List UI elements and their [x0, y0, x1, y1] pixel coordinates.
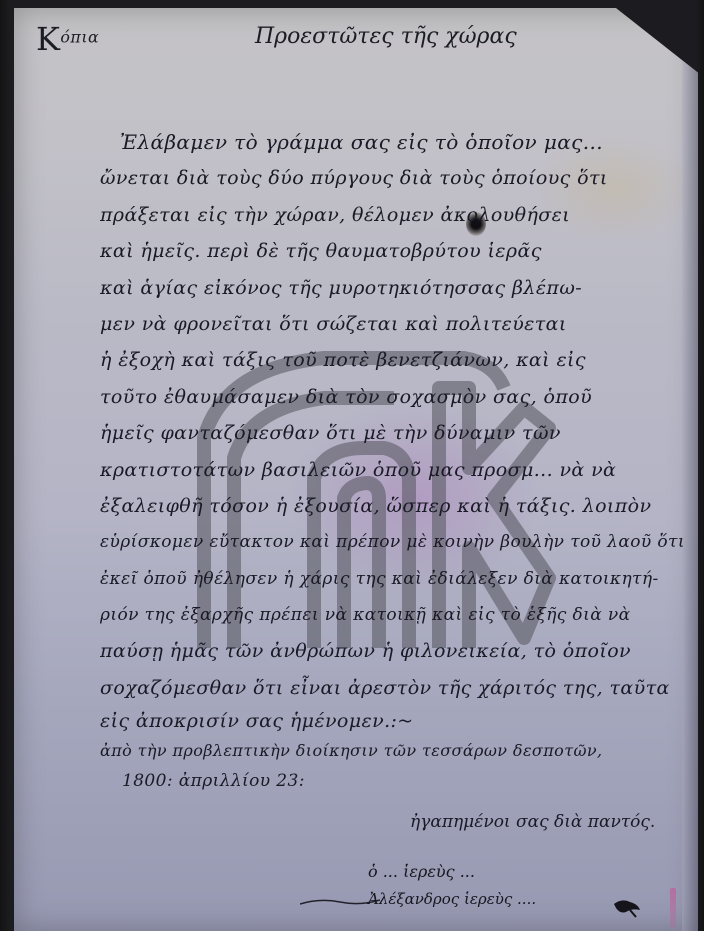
body-line: κρατιστοτάτων βασιλειῶν ὁποῦ μας προσμ..… [100, 452, 690, 488]
copy-label: Κόπια [36, 20, 99, 58]
letter-body: Ἐλάβαμεν τὸ γράμμα σας εἰς τὸ ὁποῖον μας… [100, 124, 690, 796]
copy-label-rest: όπια [60, 28, 99, 47]
body-line: ἡμεῖς φανταζόμεσθαν ὅτι μὲ τὴν δύναμιν τ… [100, 415, 690, 451]
body-line: καὶ ἁγίας εἰκόνος τῆς μυροτηκιότησσας βλ… [100, 270, 690, 306]
body-line: εὑρίσκομεν εὔτακτον καὶ πρέπον μὲ κοινὴν… [100, 524, 690, 560]
body-line: μεν νὰ φρονεῖται ὅτι σώζεται καὶ πολιτεύ… [100, 306, 690, 342]
closing-salutation: ἠγαπημένοι σας διὰ παντός. [410, 812, 655, 832]
signature-1: ὁ ... ἱερεὺς ... [368, 862, 475, 881]
body-line: πράξεται εἰς τὴν χώραν, θέλομεν ἀκολουθή… [100, 197, 690, 233]
body-line: ὤνεται διὰ τοὺς δύο πύργους διὰ τοὺς ὁπο… [100, 160, 690, 196]
body-line: παύσῃ ἡμᾶς τῶν ἀνθρώπων ἡ φιλονεικεία, τ… [100, 633, 690, 669]
body-line: ἡ ἐξοχὴ καὶ τάξις τοῦ ποτὲ βενετζιάνων, … [100, 342, 690, 378]
letter-title: Προεστῶτες τῆς χώρας [255, 24, 517, 49]
body-line: ἐκεῖ ὁποῦ ἠθέλησεν ἡ χάρις της καὶ ἐδιάλ… [100, 561, 690, 597]
body-line: ριόν της ἐξαρχῆς πρέπει νὰ κατοικῇ καὶ ε… [100, 597, 690, 633]
date-line: 1800: ἀπριλλίου 23: [100, 766, 690, 796]
photo-frame: Κόπια Προεστῶτες τῆς χώρας Ἐλάβαμεν τὸ γ… [0, 0, 704, 931]
copy-label-initial: Κ [36, 20, 60, 58]
body-line: εἰς ἀποκρισίν σας ἡμένομεν.:~ [100, 706, 690, 736]
body-line: καὶ ἡμεῖς. περὶ δὲ τῆς θαυματοβρύτου ἱερ… [100, 233, 690, 269]
body-line: ἀπὸ τὴν προβλεπτικὴν διοίκησιν τῶν τεσσά… [100, 736, 690, 766]
body-line: ἐξαλειφθῆ τόσον ἡ ἐξουσία, ὥσπερ καὶ ἡ τ… [100, 488, 690, 524]
body-line: τοῦτο ἐθαυμάσαμεν διὰ τὸν σοχασμὸν σας, … [100, 379, 690, 415]
seal-mark-icon [612, 896, 642, 918]
pink-margin-mark [670, 888, 676, 928]
body-line: Ἐλάβαμεν τὸ γράμμα σας εἰς τὸ ὁποῖον μας… [100, 124, 690, 160]
signature-2: Ἀλέξανδρος ἱερεὺς .... [368, 890, 536, 908]
body-line: σοχαζόμεσθαν ὅτι εἶναι ἀρεστὸν τῆς χάριτ… [100, 670, 690, 706]
